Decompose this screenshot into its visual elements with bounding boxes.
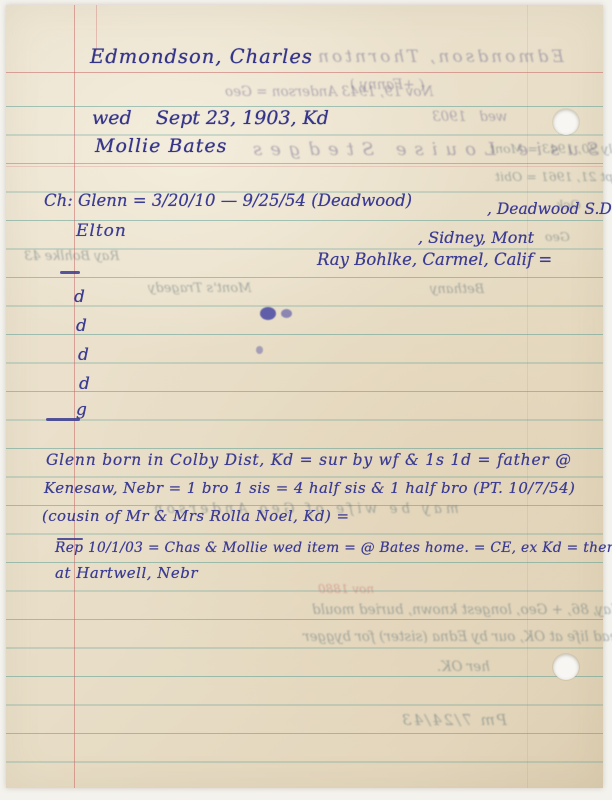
ink-blot (281, 309, 292, 318)
bleedthrough-line: Edmondson, Thornton (315, 48, 564, 67)
contact-line: Ray Bohlke, Carmel, Calif = (317, 251, 552, 269)
bleed-red-line-vertical (527, 5, 528, 788)
children-line: Ch: Glenn = 3/20/10 — 9/25/54 (Deadwood) (44, 192, 412, 210)
hole-punch-bottom (553, 654, 579, 680)
surname-line: Edmondson, Charles (90, 46, 313, 67)
marriage-date-line: wed Sept 23, 1903, Kd (92, 108, 329, 129)
bleedthrough-line: Ray Bohlke 43 (24, 250, 119, 264)
death-mark-2: d (76, 317, 87, 336)
bleedthrough-line: her OK. (437, 660, 490, 675)
bleed-red-line-horizontal (6, 166, 603, 167)
note-line-4: Rep 10/1/03 = Chas & Mollie wed item = @… (55, 541, 612, 556)
bleedthrough-line: wed 1903 (432, 110, 507, 125)
death-mark-4: d (79, 375, 90, 394)
death-mark-5: g (76, 401, 87, 420)
bleedthrough-line: Bethany (430, 283, 484, 297)
spouse-line: Mollie Bates (95, 136, 227, 157)
ink-blot (256, 346, 263, 354)
elton-residence: , Sidney, Mont (418, 229, 534, 247)
child-elton: Elton (76, 222, 127, 241)
note-line-3: (cousin of Mr & Mrs Rolla Noel, Kd) = (42, 508, 349, 525)
top-margin-red-line (6, 72, 603, 73)
bleedthrough-line: PT 9/29/41: May, 86, + Geo, longest know… (312, 603, 612, 618)
bleedthrough-line: Sept 21, 1961 = Obit (495, 170, 612, 184)
bleedthrough-line: Mont's Tragedy (148, 282, 251, 296)
death-mark-3: d (78, 346, 89, 365)
bleedthrough-line: Geo (545, 230, 570, 244)
glenn-residence: , Deadwood S.D. (487, 201, 612, 218)
note-line-5: at Hartwell, Nebr (55, 565, 198, 582)
scanned-notebook-page: Edmondson, Thornton Nov 19, 1943 Anderso… (6, 5, 603, 788)
hole-punch-top (553, 109, 579, 135)
note-line-2: Kenesaw, Nebr = 1 bro 1 sis = 4 half sis… (44, 480, 575, 497)
bleedthrough-line: July 20, 1943 = Mont (490, 142, 612, 156)
ink-blot (260, 307, 276, 320)
bleedthrough-line: ( +Fanny ) (350, 78, 425, 93)
note-line-1: Glenn born in Colby Dist, Kd = sur by wf… (46, 452, 572, 469)
ink-dash (60, 271, 80, 274)
bleedthrough-line: Pm 7/24/43 (400, 712, 507, 729)
left-margin-red-line (74, 5, 75, 788)
bleedthrough-line: read life at OK, our by Edna (sister) fo… (303, 630, 612, 645)
ink-underline (46, 418, 80, 421)
death-mark-1: d (74, 288, 85, 307)
bleedthrough-line: nov 1880 (318, 583, 374, 596)
